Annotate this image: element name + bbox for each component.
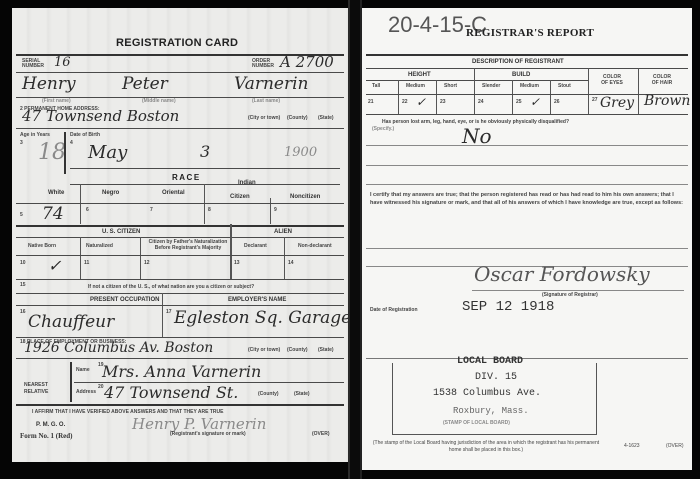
field-14: 14 [288,261,294,266]
dob-day: 3 [200,144,210,160]
column-rule [588,68,589,114]
race-noncitizen-label: Noncitizen [290,194,320,200]
field-25: 25 [516,100,522,105]
employment-city-caption: (City or town) [248,348,280,353]
occupation-value: Chauffeur [28,314,114,331]
occupation-header: PRESENT OCCUPATION [90,297,159,303]
field-15: 15 [20,283,26,288]
column-rule [474,68,475,114]
bracket [70,362,72,402]
hair-color-value: Brown [644,94,690,108]
race-field-8: 8 [208,208,211,213]
stamp-caption: (STAMP OF LOCAL BOARD) [443,421,510,426]
build-header: BUILD [512,72,530,78]
age-label: Age in Years [20,133,50,138]
declarant-label: Declarant [244,244,267,249]
race-field-5: 5 [20,213,23,218]
relative-county-caption: (County) [258,392,279,397]
nearest-relative-label: NEAREST RELATIVE [24,382,64,395]
registrars-report-card: 20-4-15-C REGISTRAR'S REPORT DESCRIPTION… [362,8,692,470]
first-name-caption: (First name) [42,99,71,104]
field-11: 11 [84,261,89,266]
divider [366,54,688,56]
divider [366,145,688,146]
card-title: REGISTRATION CARD [116,38,238,49]
height-medium-label: Medium [406,84,425,89]
field-17: 17 [166,310,172,315]
indian-header: Indian [238,180,256,186]
field-22: 22 [402,100,408,105]
over-label: (OVER) [666,444,684,449]
dob-label: Date of Birth [70,133,100,138]
employment-county-caption: (County) [287,348,308,353]
race-header: RACE [172,174,201,182]
registrant-signature: Henry P. Varnerin [132,417,266,432]
divider [16,237,344,238]
hair-color-header: COLOR OF HAIR [650,74,674,86]
name-last: Varnerin [234,76,309,93]
dob-month: May [88,144,127,162]
race-field-9: 9 [274,208,277,213]
dob-field-number: 4 [70,141,73,146]
serial-label: SERIAL NUMBER [22,59,42,69]
race-field-6: 6 [86,208,89,213]
divider [16,72,344,73]
divider [16,128,344,129]
address-value: 47 Townsend Boston [22,109,179,124]
divider [366,94,688,95]
column-rule [80,184,81,224]
local-board-city: Roxbury, Mass. [453,407,529,416]
over-label: (OVER) [312,432,330,437]
dob-year: 1900 [284,146,317,159]
local-board-header: LOCAL BOARD [457,357,523,367]
relative-name-label: Name [76,368,90,373]
build-stout-label: Stout [558,84,571,89]
divider [16,255,344,256]
last-name-caption: (Last name) [252,99,280,104]
race-negro-label: Negro [102,190,119,196]
native-born-label: Native Born [28,244,56,249]
employment-value: 1926 Columbus Av. Boston [24,341,213,355]
page-gutter [348,0,362,479]
divider [16,279,344,280]
address-county-caption: (County) [287,116,308,121]
divider [70,184,340,185]
divider [16,305,344,306]
race-citizen-label: Citizen [230,194,250,200]
local-board-stamp: LOCAL BOARD DIV. 15 1538 Columbus Ave. R… [392,363,597,435]
divider [366,68,688,69]
name-first: Henry [22,76,76,93]
relative-address-label: Address [76,390,96,395]
race-oriental-label: Oriental [162,190,185,196]
divider [366,80,588,81]
signature-line [472,290,684,291]
divider [366,184,688,185]
report-title: REGISTRAR'S REPORT [466,28,594,39]
column-rule [398,80,399,114]
employment-state-caption: (State) [318,348,334,353]
field-26: 26 [554,100,560,105]
registrar-signature: Oscar Fordowsky [474,264,650,284]
age-value: 18 [38,142,66,164]
column-rule [162,293,163,337]
registration-card: REGISTRATION CARD SERIAL NUMBER 16 ORDER… [12,8,348,462]
alien-header: ALIEN [274,229,292,235]
bracket [64,132,66,174]
employer-value: Egleston Sq. Garage [174,310,351,327]
column-rule [140,237,141,279]
stamp-footnote: (The stamp of the Local Board having jur… [370,440,602,453]
address-state-caption: (State) [318,116,334,121]
divider [366,248,688,249]
race-white-label: White [48,190,64,196]
build-medium-label: Medium [520,84,539,89]
divider [16,293,344,294]
local-board-address: 1538 Columbus Ave. [433,389,541,399]
eye-color-header: COLOR OF EYES [600,74,624,86]
race-white-value: 74 [42,206,64,223]
column-rule [436,80,437,114]
order-number: A 2700 [280,55,334,70]
form-number: Form No. 1 (Red) [20,433,73,440]
field-20: 20 [98,385,104,390]
divider [16,337,344,338]
column-rule [284,237,285,279]
specify-label: (Specify.) [372,127,394,132]
column-rule [204,184,205,224]
date-stamp: SEP 12 1918 [462,300,554,314]
build-slender-label: Slender [482,84,500,89]
field-12: 12 [144,261,150,266]
name-middle: Peter [122,76,168,93]
column-rule [550,80,551,114]
form-code: P. M. G. O. [36,422,65,428]
height-medium-check: ✓ [416,96,426,108]
field-24: 24 [478,100,484,105]
divider [16,358,344,359]
registrar-signature-caption: (Signature of Registrar) [542,293,598,298]
local-board-div: DIV. 15 [475,373,517,383]
race-field-7: 7 [150,208,153,213]
field-16: 16 [20,310,26,315]
employer-header: EMPLOYER'S NAME [228,297,286,303]
address-city-caption: (City or town) [248,116,280,121]
divider [16,404,344,406]
native-born-value: ✓ [48,258,61,274]
divider [70,168,340,169]
middle-name-caption: (Middle name) [142,99,176,104]
divider [366,114,688,115]
height-header: HEIGHT [408,72,431,78]
signature-caption: (Registrant's signature or mark) [170,432,246,437]
non-declarant-label: Non-declarant [298,244,332,249]
us-citizen-header: U. S. CITIZEN [102,229,140,235]
date-label: Date of Registration [370,308,418,313]
field-10: 10 [20,261,26,266]
eye-color-value: Grey [600,96,634,110]
column-rule [80,237,81,279]
form-reference: 4-1623 [624,444,640,449]
height-short-label: Short [444,84,457,89]
field-13: 13 [234,261,240,266]
relative-address-value: 47 Townsend St. [104,385,238,401]
description-header: DESCRIPTION OF REGISTRANT [472,59,564,65]
citizen-by-father-label: Citizen by Father's Naturalization Befor… [148,240,228,251]
disability-value: No [462,126,492,146]
field-23: 23 [440,100,446,105]
column-rule [638,68,639,114]
column-rule [270,198,271,224]
relative-state-caption: (State) [294,392,310,397]
divider [16,203,344,204]
citizenship-question: If not a citizen of the U. S., of what n… [88,285,254,290]
serial-number: 16 [54,56,71,69]
divider [366,358,688,359]
certification-text: I certify that my answers are true; that… [370,192,686,208]
divider [16,225,344,227]
column-rule [512,80,513,114]
field-21: 21 [368,100,374,105]
relative-name-value: Mrs. Anna Varnerin [102,364,261,380]
age-field-number: 3 [20,141,23,146]
field-27: 27 [592,98,598,103]
order-label: ORDER NUMBER [252,59,274,69]
height-tall-label: Tall [372,84,380,89]
build-medium-check: ✓ [530,96,540,108]
column-rule [230,224,232,279]
divider [366,165,688,166]
naturalized-label: Naturalized [86,244,113,249]
